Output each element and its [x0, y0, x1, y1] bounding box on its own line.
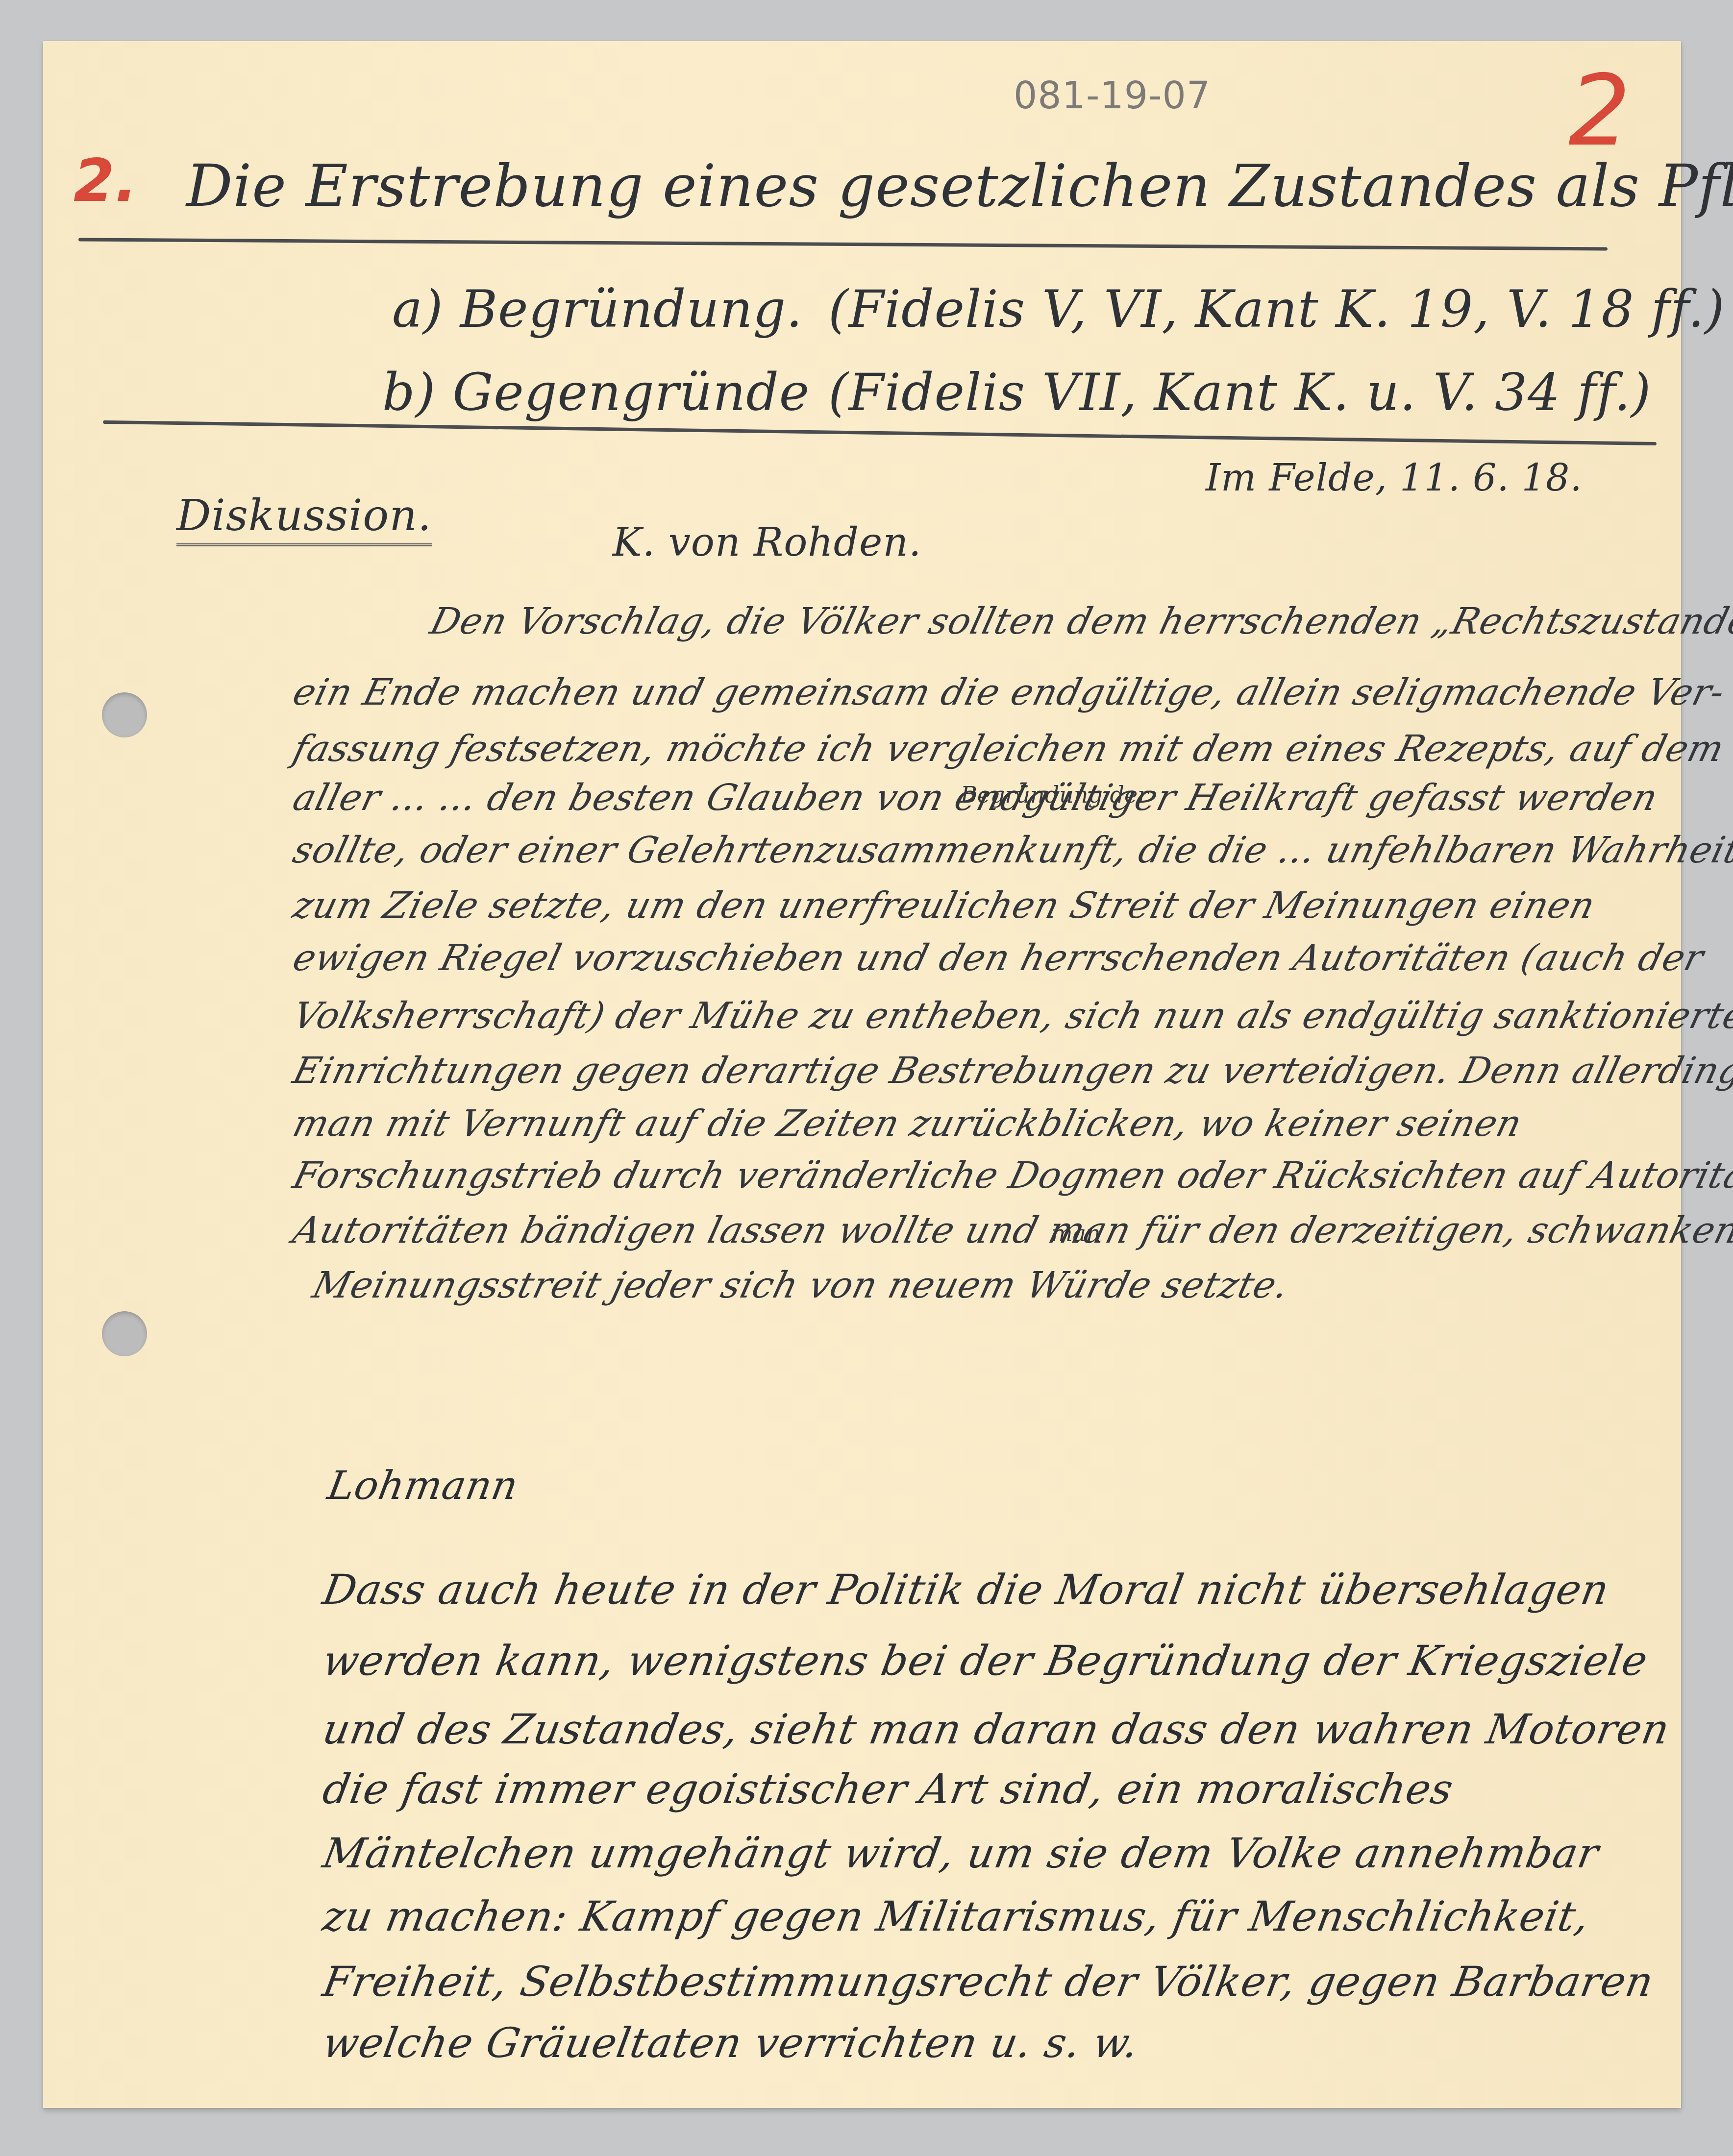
paragraph-1-line: sollte, oder einer Gelehrtenzusammenkunf…	[289, 829, 1733, 871]
paragraph-1-line: Volksherrschaft) der Mühe zu entheben, s…	[289, 995, 1733, 1037]
paragraph-2-line: Dass auch heute in der Politik die Moral…	[319, 1566, 1613, 1614]
section-number-red: 2.	[74, 147, 138, 215]
place-date: Im Felde, 11. 6. 18.	[1206, 456, 1583, 499]
page-number-red: 2	[1568, 54, 1631, 168]
author-von-rohden: K. von Rohden.	[613, 519, 921, 565]
point-a-reference: (Fidelis V, VI, Kant K. 19, V. 18 ff.)	[828, 279, 1725, 339]
paragraph-1-line: Einrichtungen gegen derartige Bestrebung…	[289, 1050, 1733, 1092]
paragraph-2-line: Freiheit, Selbstbestimmungsrecht der Völ…	[319, 1958, 1657, 2006]
section-title: Die Erstrebung eines gesetzlichen Zustan…	[186, 152, 1733, 220]
paragraph-2-line: zu machen: Kampf gegen Militarismus, für…	[319, 1892, 1593, 1940]
paragraph-2-line: und des Zustandes, sieht man daran dass …	[319, 1705, 1673, 1753]
paragraph-2-line: die fast immer egoistischer Art sind, ei…	[319, 1765, 1457, 1813]
paragraph-2-line: Mäntelchen umgehängt wird, um sie dem Vo…	[319, 1829, 1602, 1877]
author-lohmann: Lohmann	[324, 1463, 522, 1508]
discussion-heading: Diskussion.	[176, 490, 432, 546]
paragraph-1-line: fassung festsetzen, möchte ich vergleich…	[289, 728, 1729, 770]
point-a-label: a) Begründung.	[392, 279, 803, 339]
paragraph-2-line: welche Gräueltaten verrichten u. s. w.	[319, 2019, 1142, 2067]
paragraph-1-line: man mit Vernunft auf die Zeiten zurückbl…	[289, 1102, 1526, 1145]
point-b-reference: (Fidelis VII, Kant K. u. V. 34 ff.)	[828, 363, 1651, 422]
paragraph-1-line: Den Vorschlag, die Völker sollten dem he…	[426, 600, 1733, 642]
paragraph-1-line: Autoritäten bändigen lassen wollte und m…	[289, 1209, 1733, 1251]
paragraph-1-line: Forschungstrieb durch veränderliche Dogm…	[289, 1154, 1733, 1197]
punch-hole-top	[102, 692, 147, 737]
paragraph-2-line: werden kann, wenigstens bei der Begründu…	[319, 1637, 1651, 1685]
point-b-label: b) Gegengründe	[382, 363, 810, 422]
paragraph-1-line: zum Ziele setzte, um den unerfreulichen …	[289, 884, 1599, 927]
paragraph-1-line: aller ... ... den besten Glauben von end…	[289, 777, 1662, 819]
paragraph-1-line: Meinungsstreit jeder sich von neuem Würd…	[308, 1264, 1293, 1306]
archive-number: 081-19-07	[1014, 73, 1211, 117]
paragraph-1-line: ewigen Riegel vorzuschieben und den herr…	[289, 937, 1708, 979]
paragraph-1-line: ein Ende machen und gemeinsam die endgül…	[289, 671, 1729, 713]
punch-hole-bottom	[102, 1311, 147, 1356]
